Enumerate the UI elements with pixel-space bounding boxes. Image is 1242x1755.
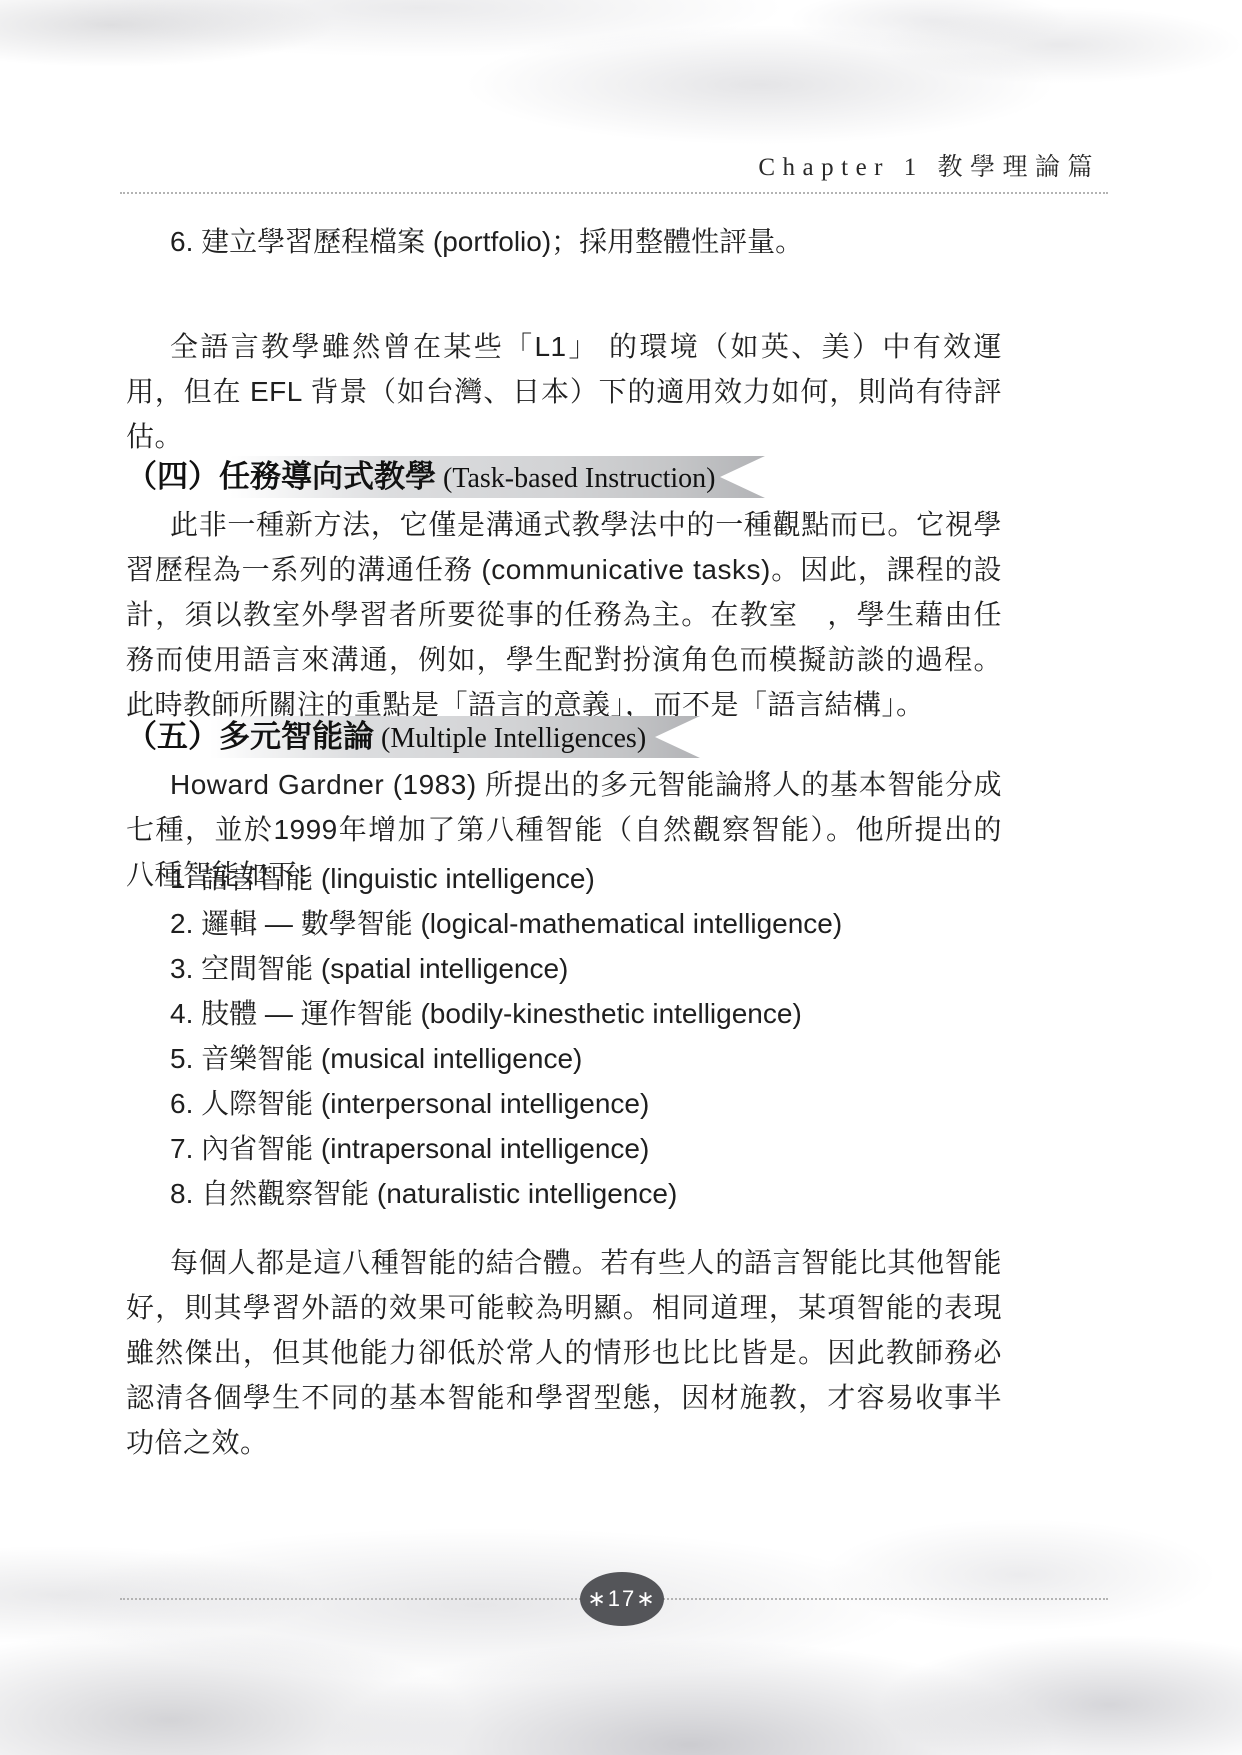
section-4-heading: （四）任務導向式教學 (Task-based Instruction)	[126, 456, 1006, 498]
paragraph-closing: 每個人都是這八種智能的結合體。若有些人的語言智能比其他智能好，則其學習外語的效果…	[126, 1240, 1002, 1465]
section-5-heading: （五）多元智能論 (Multiple Intelligences)	[126, 716, 1006, 758]
list-item: 6. 人際智能 (interpersonal intelligence)	[170, 1081, 842, 1126]
list-item: 5. 音樂智能 (musical intelligence)	[170, 1036, 842, 1081]
paragraph-whole-language: 全語言教學雖然曾在某些「L1」 的環境（如英、美）中有效運用，但在 EFL 背景…	[126, 324, 1002, 459]
page-number-badge: ∗17∗	[580, 1572, 664, 1626]
list-item: 4. 肢體 — 運作智能 (bodily-kinesthetic intelli…	[170, 991, 842, 1036]
list-item: 3. 空間智能 (spatial intelligence)	[170, 946, 842, 991]
list-item: 7. 內省智能 (intrapersonal intelligence)	[170, 1126, 842, 1171]
list-item: 1. 語言智能 (linguistic intelligence)	[170, 856, 842, 901]
list-item: 2. 邏輯 — 數學智能 (logical-mathematical intel…	[170, 901, 842, 946]
header-divider	[120, 192, 1108, 194]
numbered-item-6: 6. 建立學習歷程檔案 (portfolio)；採用整體性評量。	[170, 222, 803, 262]
section-4-title-zh: （四）任務導向式教學	[126, 459, 436, 494]
page-number: ∗17∗	[587, 1586, 656, 1612]
book-page: Chapter 1 教學理論篇 6. 建立學習歷程檔案 (portfolio)；…	[0, 0, 1242, 1755]
section-4-title-en: (Task-based Instruction)	[436, 463, 716, 494]
list-item: 8. 自然觀察智能 (naturalistic intelligence)	[170, 1171, 842, 1216]
paragraph-task-based: 此非一種新方法，它僅是溝通式教學法中的一種觀點而已。它視學習歷程為一系列的溝通任…	[126, 502, 1002, 727]
intelligence-list: 1. 語言智能 (linguistic intelligence) 2. 邏輯 …	[170, 856, 842, 1216]
section-5-title-zh: （五）多元智能論	[126, 719, 374, 754]
chapter-header: Chapter 1 教學理論篇	[758, 150, 1100, 186]
section-5-title-en: (Multiple Intelligences)	[374, 723, 646, 754]
